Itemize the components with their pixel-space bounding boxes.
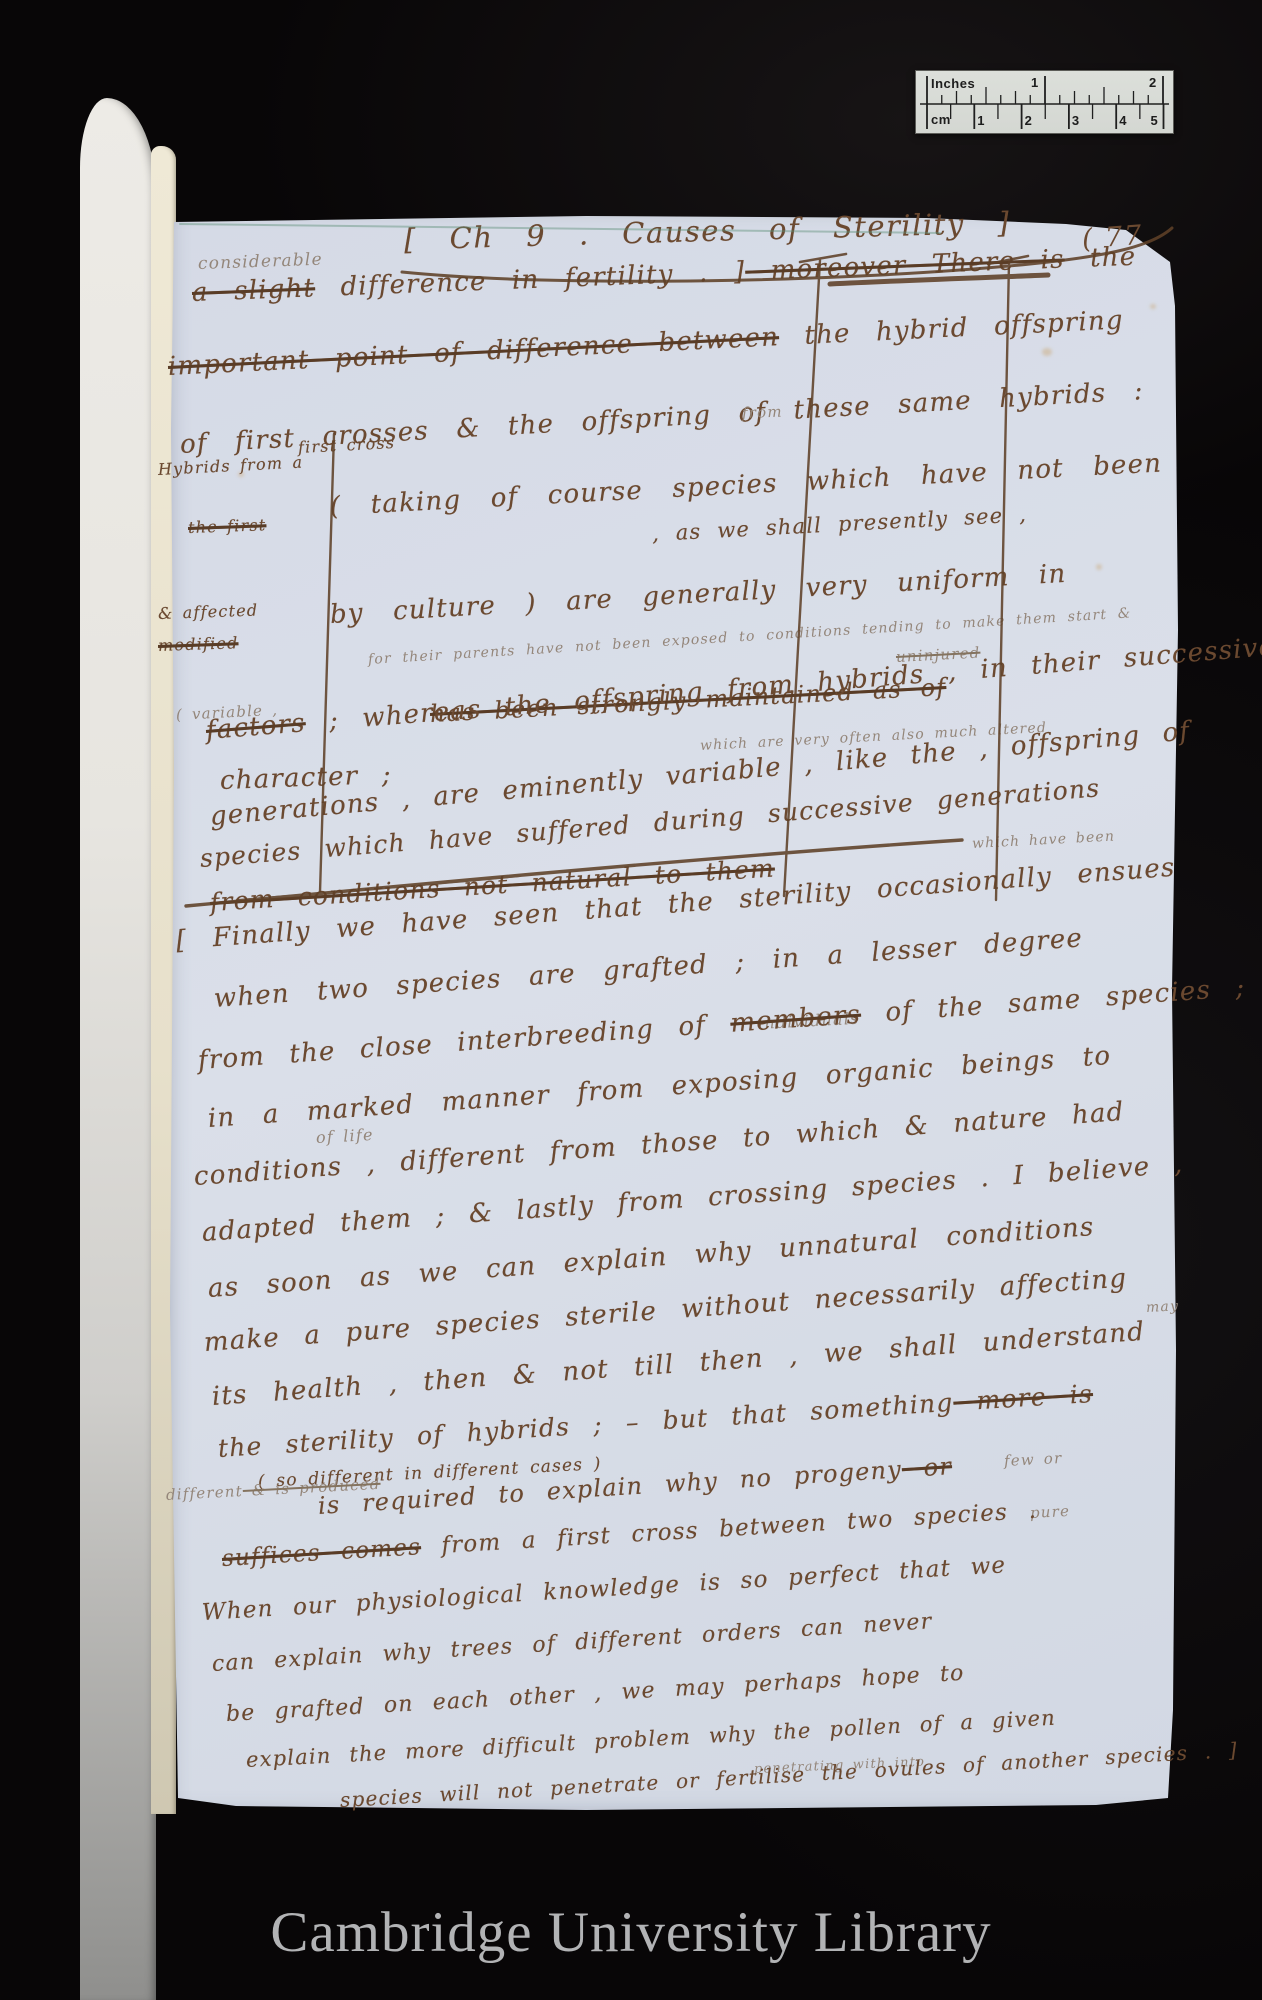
ruler-inch-number: 2 bbox=[1149, 75, 1156, 90]
manuscript-line-segment: may bbox=[1146, 1298, 1180, 1316]
manuscript-line-segment: There is bbox=[906, 244, 1065, 280]
manuscript-line: few or bbox=[1004, 1449, 1063, 1470]
foxing-spot bbox=[1042, 348, 1052, 356]
ruler-cm-number: 1 bbox=[977, 113, 984, 128]
manuscript-line-segment: from bbox=[742, 403, 783, 422]
manuscript-line: the first bbox=[188, 515, 267, 537]
manuscript-line-segment: of life bbox=[316, 1125, 375, 1147]
ruler-cm-number: 4 bbox=[1119, 113, 1126, 128]
library-caption: Cambridge University Library bbox=[270, 1900, 991, 1965]
manuscript-line: & affected bbox=[158, 601, 259, 623]
ruler-inch-number: 1 bbox=[1031, 75, 1038, 90]
manuscript-line-segment: few or bbox=[1004, 1449, 1063, 1470]
ruler-cm-number: 3 bbox=[1072, 113, 1079, 128]
book-fore-edge bbox=[80, 98, 156, 2000]
foxing-spot bbox=[1150, 304, 1156, 309]
manuscript-line-segment: or bbox=[901, 1452, 953, 1483]
manuscript-line-segment: moreover bbox=[745, 251, 907, 287]
manuscript-line: modified bbox=[158, 633, 239, 655]
manuscript-line-segment: a slight bbox=[191, 273, 315, 308]
manuscript-line-segment: modified bbox=[158, 633, 239, 655]
manuscript-line-segment: & affected bbox=[158, 601, 259, 623]
manuscript-line-segment: the bbox=[1064, 242, 1137, 275]
ruler-cm-number: 2 bbox=[1025, 113, 1032, 128]
photo-backdrop: [ Ch 9 . Causes of Sterility ] ( 77 cons… bbox=[0, 0, 1262, 2000]
manuscript-line: of life bbox=[316, 1125, 375, 1147]
manuscript-line-segment: the first bbox=[188, 515, 267, 537]
ruler-inches-label: Inches bbox=[931, 76, 975, 91]
ruler-cm-label: cm bbox=[931, 112, 951, 127]
manuscript-line: from bbox=[742, 403, 783, 422]
scale-ruler: Inches cm 1212345 bbox=[915, 70, 1174, 134]
ruler-cm-number: 5 bbox=[1151, 113, 1158, 128]
manuscript-line: may bbox=[1146, 1298, 1180, 1316]
foxing-spot bbox=[1096, 564, 1102, 570]
